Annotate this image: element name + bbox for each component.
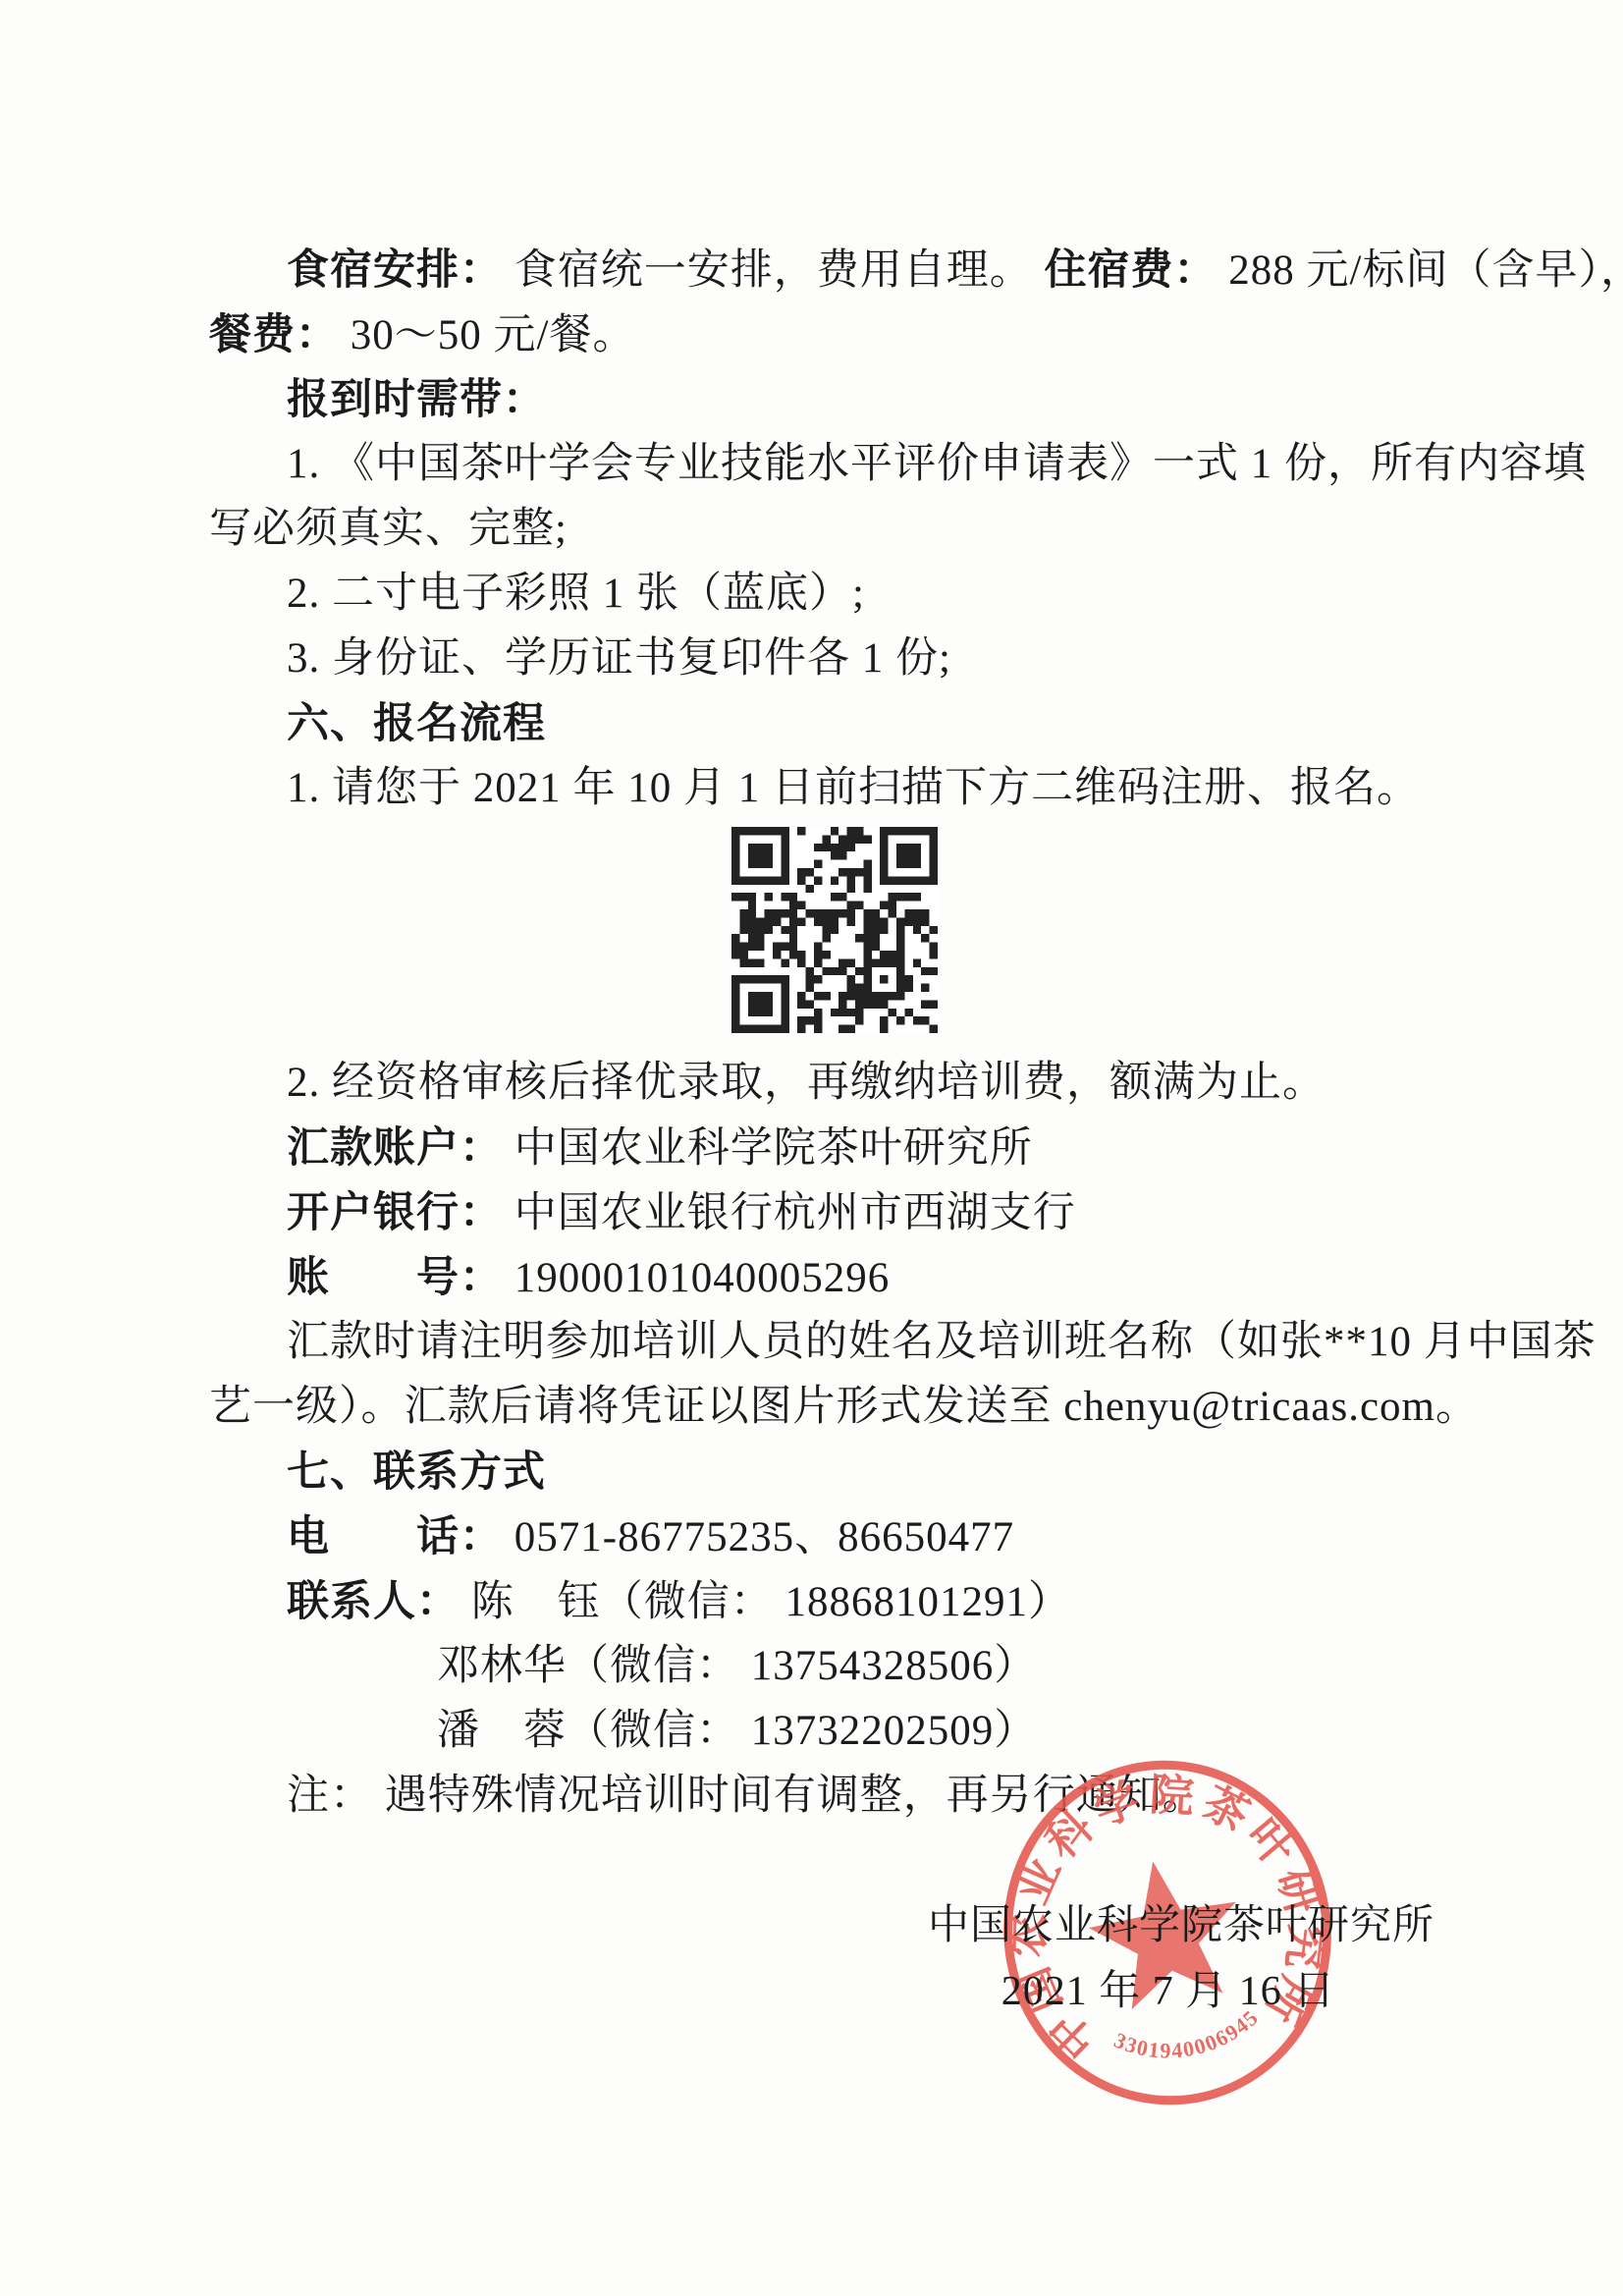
heading-bring-items: 报到时需带： — [209, 367, 1486, 432]
section-heading-registration: 六、报名流程 — [209, 691, 1486, 756]
label-bring-items: 报到时需带： — [287, 376, 546, 423]
label-bank: 开户银行： — [287, 1189, 503, 1236]
text-remit-note-2: 艺一级）。汇款后请将凭证以图片形式发送至 chenyu@tricaas.com。 — [209, 1384, 1479, 1430]
label-account-number: 账 号： — [287, 1254, 503, 1301]
step-review: 2. 经资格审核后择优录取，再缴纳培训费，额满为止。 — [209, 1051, 1486, 1116]
paragraph-remit-note-1: 汇款时请注明参加培训人员的姓名及培训班名称（如张**10 月中国茶 — [209, 1310, 1486, 1375]
text-lodging-fee: 288 元/标间（含早）， — [1228, 247, 1623, 294]
label-phone: 电 话： — [287, 1513, 503, 1560]
item-application-form-1: 1. 《中国茶叶学会专业技能水平评价申请表》一式 1 份，所有内容填 — [209, 432, 1486, 497]
value-remit-account: 中国农业科学院茶叶研究所 — [514, 1125, 1033, 1172]
row-phone: 电 话： 0571-86775235、86650477 — [209, 1504, 1486, 1569]
value-contact-chenyu: 陈 钰（微信： 18868101291） — [471, 1579, 1071, 1625]
text-item3: 3. 身份证、学历证书复印件各 1 份; — [287, 635, 951, 682]
qr-code-row — [209, 827, 1486, 1051]
text-meal-fee: 30～50 元/餐。 — [351, 312, 636, 358]
notice-body: 食宿安排： 食宿统一安排，费用自理。 住宿费： 288 元/标间（含早）， 餐费… — [209, 238, 1486, 1829]
step-scan-qr: 1. 请您于 2021 年 10 月 1 日前扫描下方二维码注册、报名。 — [209, 756, 1486, 821]
row-bank: 开户银行： 中国农业银行杭州市西湖支行 — [209, 1180, 1486, 1245]
text-step1: 1. 请您于 2021 年 10 月 1 日前扫描下方二维码注册、报名。 — [287, 765, 1420, 811]
signature-date: 2021 年 7 月 16 日 — [928, 1959, 1409, 2025]
text-lodging: 食宿统一安排，费用自理。 — [514, 247, 1033, 294]
row-contact-2: 邓林华（微信： 13754328506） — [209, 1634, 1486, 1699]
text-remit-note-1: 汇款时请注明参加培训人员的姓名及培训班名称（如张**10 月中国茶 — [287, 1319, 1596, 1365]
text-step2: 2. 经资格审核后择优录取，再缴纳培训费，额满为止。 — [287, 1060, 1325, 1106]
value-contact-denglinhua: 邓林华（微信： 13754328506） — [437, 1643, 1037, 1689]
label-meal-fee: 餐费： — [209, 311, 339, 358]
item-application-form-2: 写必须真实、完整; — [209, 497, 1486, 562]
row-account-number: 账 号： 19000101040005296 — [209, 1245, 1486, 1310]
item-id-copies: 3. 身份证、学历证书复印件各 1 份; — [209, 627, 1486, 691]
text-item2: 2. 二寸电子彩照 1 张（蓝底）; — [287, 571, 865, 617]
label-section-6: 六、报名流程 — [287, 700, 546, 747]
value-bank: 中国农业银行杭州市西湖支行 — [514, 1190, 1076, 1236]
paragraph-remit-note-2: 艺一级）。汇款后请将凭证以图片形式发送至 chenyu@tricaas.com。 — [209, 1375, 1486, 1440]
row-contact-1: 联系人： 陈 钰（微信： 18868101291） — [209, 1569, 1486, 1634]
label-lodging-arrangement: 食宿安排： — [287, 246, 503, 294]
scanned-notice-page: 食宿安排： 食宿统一安排，费用自理。 住宿费： 288 元/标间（含早）， 餐费… — [0, 0, 1623, 2296]
value-account-number: 19000101040005296 — [514, 1255, 891, 1301]
label-lodging-fee: 住宿费： — [1045, 246, 1217, 294]
text-item1: 1. 《中国茶叶学会专业技能水平评价申请表》一式 1 份，所有内容填 — [287, 441, 1587, 487]
text-item1-cont: 写必须真实、完整; — [209, 506, 568, 552]
signature-org: 中国农业科学院茶叶研究所 — [928, 1893, 1409, 1959]
value-phone: 0571-86775235、86650477 — [514, 1514, 1014, 1560]
paragraph-meal-fee: 餐费： 30～50 元/餐。 — [209, 302, 1486, 367]
section-heading-contact: 七、联系方式 — [209, 1440, 1486, 1504]
paragraph-lodging: 食宿安排： 食宿统一安排，费用自理。 住宿费： 288 元/标间（含早）， — [209, 238, 1486, 302]
label-section-7: 七、联系方式 — [287, 1449, 546, 1496]
value-contact-panrong: 潘 蓉（微信： 13732202509） — [437, 1708, 1037, 1754]
registration-qr-code — [731, 827, 938, 1033]
item-photo: 2. 二寸电子彩照 1 张（蓝底）; — [209, 562, 1486, 627]
label-contacts: 联系人： — [287, 1578, 460, 1625]
row-remit-account: 汇款账户： 中国农业科学院茶叶研究所 — [209, 1116, 1486, 1180]
signature-block: 中国农业科学院茶叶研究所 2021 年 7 月 16 日 — [928, 1893, 1409, 2025]
label-remit-account: 汇款账户： — [287, 1124, 503, 1172]
